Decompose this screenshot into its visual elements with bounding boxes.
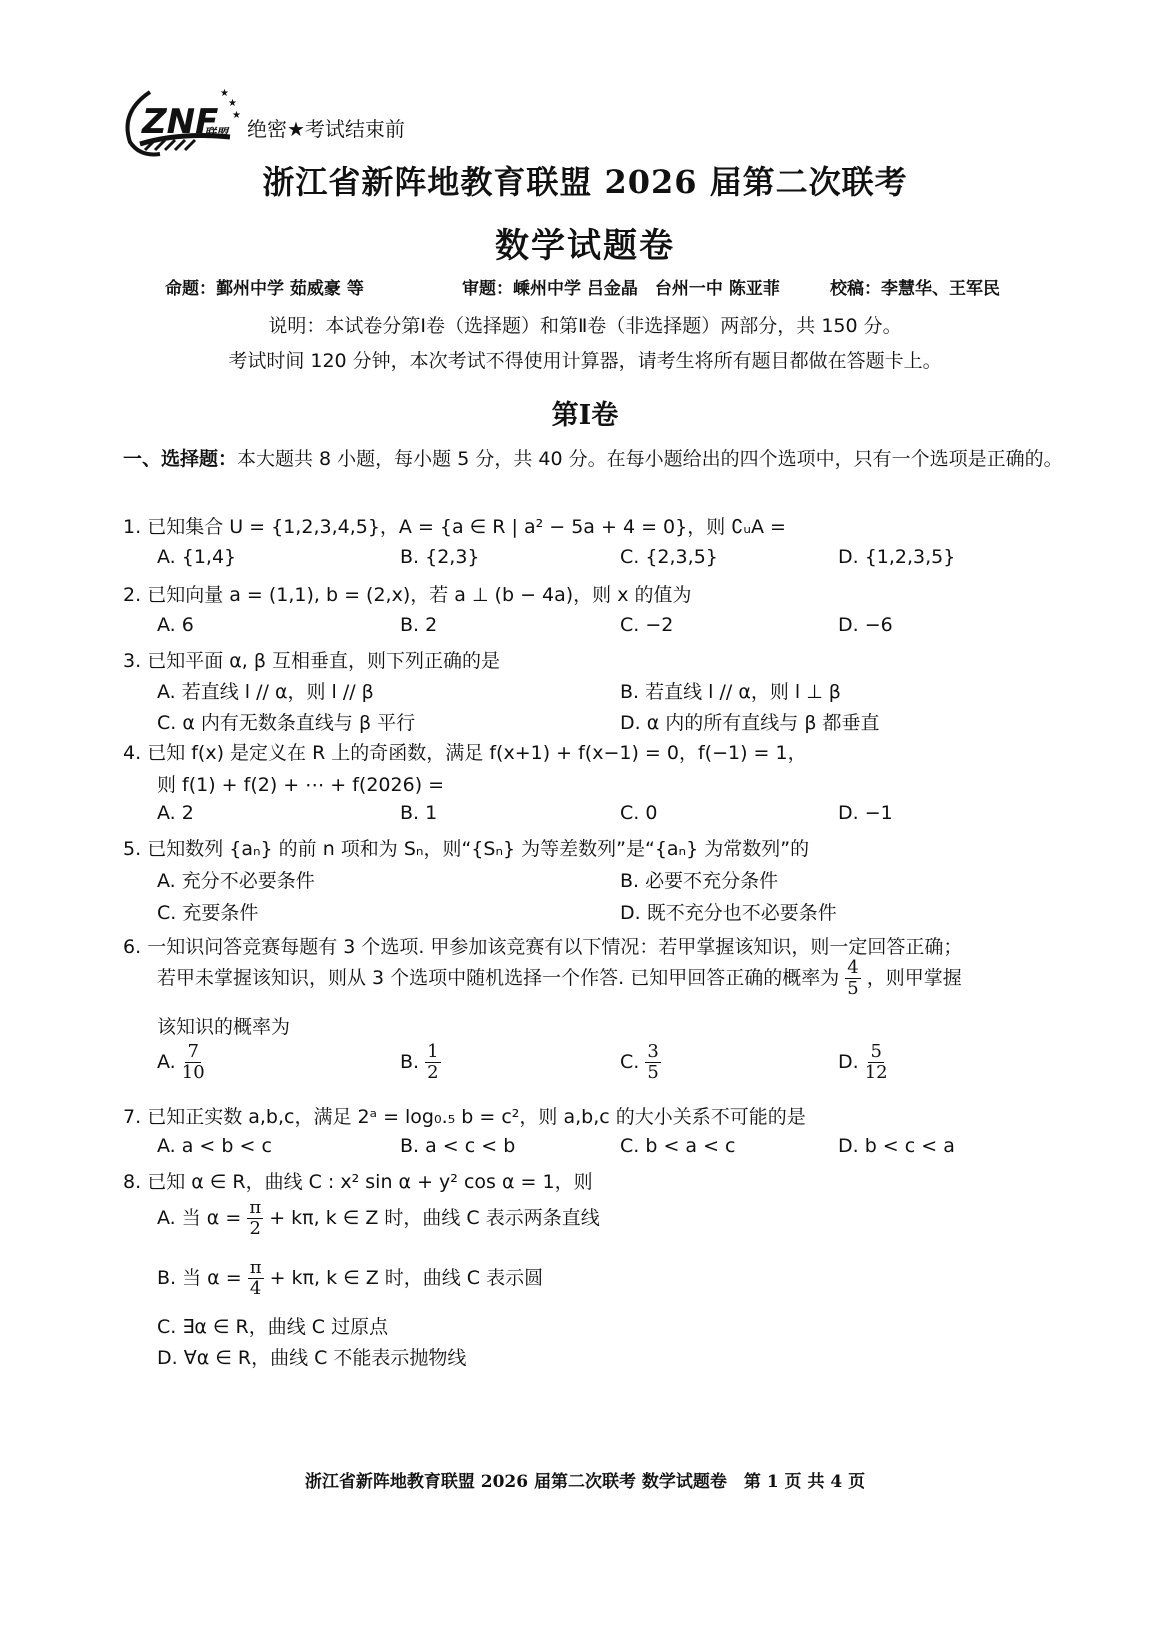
fraction-numerator: 5 bbox=[868, 1042, 883, 1063]
option-c[interactable]: C. 充要条件 bbox=[157, 898, 258, 925]
option-a[interactable]: A. 充分不必要条件 bbox=[157, 866, 315, 893]
option-b[interactable]: B. 2 bbox=[400, 614, 437, 636]
option-a[interactable]: A. {1,4} bbox=[157, 546, 236, 568]
question-4-stem-continued: 则 f(1) + f(2) + ⋯ + f(2026) = bbox=[157, 770, 444, 797]
exam-note-1: 说明：本试卷分第Ⅰ卷（选择题）和第Ⅱ卷（非选择题）两部分，共 150 分。 bbox=[0, 311, 1170, 338]
option-label: B. bbox=[157, 1267, 176, 1289]
option-c[interactable]: C. b < a < c bbox=[620, 1135, 736, 1157]
question-6: 6. 一知识问答竞赛每题有 3 个选项. 甲参加该竞赛有以下情况：若甲掌握该知识… bbox=[123, 932, 962, 959]
exam-note-2: 考试时间 120 分钟，本次考试不得使用计算器，请考生将所有题目都做在答题卡上。 bbox=[0, 346, 1170, 373]
option-a[interactable]: A. 2 bbox=[157, 802, 194, 824]
option-label: C. bbox=[157, 1316, 176, 1338]
znf-alliance-logo: ★ ★ ★ ZNF 联盟 bbox=[120, 82, 240, 162]
fraction-denominator: 5 bbox=[847, 979, 858, 999]
question-number: 7. bbox=[123, 1106, 141, 1128]
option-d[interactable]: D. 既不充分也不必要条件 bbox=[620, 898, 837, 925]
question-6-stem-line2: 若甲未掌握该知识，则从 3 个选项中随机选择一个作答. 已知甲回答正确的概率为 … bbox=[157, 958, 962, 999]
question-number: 4. bbox=[123, 742, 141, 764]
fraction-denominator: 5 bbox=[647, 1063, 658, 1083]
question-stem: 已知数列 {aₙ} 的前 n 项和为 Sₙ，则“{Sₙ} 为等差数列”是“{aₙ… bbox=[147, 838, 809, 860]
question-8: 8. 已知 α ∈ R，曲线 C : x² sin α + y² cos α =… bbox=[123, 1167, 593, 1194]
question-number: 6. bbox=[123, 936, 141, 958]
question-5: 5. 已知数列 {aₙ} 的前 n 项和为 Sₙ，则“{Sₙ} 为等差数列”是“… bbox=[123, 834, 809, 861]
question-stem: 一知识问答竞赛每题有 3 个选项. 甲参加该竞赛有以下情况：若甲掌握该知识，则一… bbox=[147, 936, 962, 958]
fraction-numerator: π bbox=[248, 1258, 264, 1279]
question-number: 2. bbox=[123, 584, 141, 606]
question-stem: 已知集合 U = {1,2,3,4,5}，A = {a ∈ R | a² − 5… bbox=[147, 516, 786, 538]
option-b[interactable]: B. a < c < b bbox=[400, 1135, 515, 1157]
option-a[interactable]: A. 710 bbox=[157, 1042, 205, 1083]
logo-badge: 联盟 bbox=[204, 124, 228, 141]
option-b[interactable]: B. 若直线 l // α，则 l ⊥ β bbox=[620, 677, 841, 704]
question-stem: 已知平面 α, β 互相垂直，则下列正确的是 bbox=[147, 650, 500, 672]
question-3: 3. 已知平面 α, β 互相垂直，则下列正确的是 bbox=[123, 646, 500, 673]
question-number: 1. bbox=[123, 516, 141, 538]
option-c[interactable]: C. α 内有无数条直线与 β 平行 bbox=[157, 708, 415, 735]
option-text: + kπ, k ∈ Z 时，曲线 C 表示圆 bbox=[270, 1267, 544, 1289]
option-a[interactable]: A. 6 bbox=[157, 614, 194, 636]
exam-title: 浙江省新阵地教育联盟 2026 届第二次联考 bbox=[0, 157, 1170, 203]
section-text: 本大题共 8 小题，每小题 5 分，共 40 分。在每小题给出的四个选项中，只有… bbox=[237, 448, 1063, 470]
option-a[interactable]: A. 若直线 l // α，则 l // β bbox=[157, 677, 374, 704]
option-text: 当 α = bbox=[182, 1267, 242, 1289]
svg-text:★: ★ bbox=[228, 98, 237, 109]
option-label: A. bbox=[157, 1051, 176, 1073]
fraction-numerator: 1 bbox=[425, 1042, 440, 1063]
option-label: B. bbox=[400, 1051, 419, 1073]
question-number: 5. bbox=[123, 838, 141, 860]
option-d[interactable]: D. −6 bbox=[838, 614, 893, 636]
fraction-denominator: 2 bbox=[427, 1063, 438, 1083]
option-label: D. bbox=[838, 1051, 859, 1073]
exam-subtitle: 数学试题卷 bbox=[0, 218, 1170, 267]
question-stem: 已知正实数 a,b,c，满足 2ᵃ = log₀.₅ b = c²，则 a,b,… bbox=[147, 1106, 806, 1128]
fraction-denominator: 10 bbox=[182, 1063, 205, 1083]
option-label: D. bbox=[157, 1347, 178, 1369]
question-2: 2. 已知向量 a = (1,1), b = (2,x)，若 a ⊥ (b − … bbox=[123, 580, 692, 607]
option-c[interactable]: C. ∃α ∈ R，曲线 C 过原点 bbox=[157, 1312, 388, 1339]
fraction-numerator: 7 bbox=[185, 1042, 200, 1063]
option-d[interactable]: D. b < c < a bbox=[838, 1135, 955, 1157]
question-number: 8. bbox=[123, 1171, 141, 1193]
section-instructions: 一、选择题：本大题共 8 小题，每小题 5 分，共 40 分。在每小题给出的四个… bbox=[123, 443, 1073, 476]
author-credit: 命题：鄞州中学 茹威豪 等 bbox=[165, 274, 364, 299]
question-7: 7. 已知正实数 a,b,c，满足 2ᵃ = log₀.₅ b = c²，则 a… bbox=[123, 1102, 806, 1129]
option-text: 当 α = bbox=[182, 1207, 242, 1229]
option-b[interactable]: B. 1 bbox=[400, 802, 437, 824]
option-d[interactable]: D. −1 bbox=[838, 802, 893, 824]
option-a[interactable]: A. a < b < c bbox=[157, 1135, 272, 1157]
volume-title: 第Ⅰ卷 bbox=[0, 393, 1170, 432]
option-c[interactable]: C. 35 bbox=[620, 1042, 661, 1083]
fraction-numerator: 3 bbox=[645, 1042, 660, 1063]
option-d[interactable]: D. α 内的所有直线与 β 都垂直 bbox=[620, 708, 879, 735]
question-stem: 已知 f(x) 是定义在 R 上的奇函数，满足 f(x+1) + f(x−1) … bbox=[147, 742, 806, 764]
svg-text:★: ★ bbox=[232, 110, 240, 121]
fraction-4-5: 45 bbox=[845, 958, 860, 999]
option-label: C. bbox=[620, 1051, 639, 1073]
option-d[interactable]: D. {1,2,3,5} bbox=[838, 546, 955, 568]
option-text: ∀α ∈ R，曲线 C 不能表示抛物线 bbox=[184, 1347, 467, 1369]
option-d[interactable]: D. 512 bbox=[838, 1042, 888, 1083]
option-b[interactable]: B. 当 α = π4 + kπ, k ∈ Z 时，曲线 C 表示圆 bbox=[157, 1258, 543, 1299]
option-c[interactable]: C. −2 bbox=[620, 614, 673, 636]
stem-text: ，则甲掌握 bbox=[867, 967, 962, 989]
option-label: A. bbox=[157, 1207, 176, 1229]
option-text: ∃α ∈ R，曲线 C 过原点 bbox=[182, 1316, 388, 1338]
fraction-denominator: 12 bbox=[865, 1063, 888, 1083]
option-a[interactable]: A. 当 α = π2 + kπ, k ∈ Z 时，曲线 C 表示两条直线 bbox=[157, 1198, 600, 1239]
option-b[interactable]: B. 必要不充分条件 bbox=[620, 866, 778, 893]
proofreader-credit: 校稿：李慧华、王军民 bbox=[830, 274, 1000, 299]
question-number: 3. bbox=[123, 650, 141, 672]
fraction-denominator: 4 bbox=[250, 1279, 261, 1299]
reviewer-credit: 审题：嵊州中学 吕金晶 台州一中 陈亚菲 bbox=[462, 274, 780, 299]
question-stem: 已知 α ∈ R，曲线 C : x² sin α + y² cos α = 1，… bbox=[147, 1171, 592, 1193]
option-d[interactable]: D. ∀α ∈ R，曲线 C 不能表示抛物线 bbox=[157, 1343, 466, 1370]
question-stem: 已知向量 a = (1,1), b = (2,x)，若 a ⊥ (b − 4a)… bbox=[147, 584, 691, 606]
option-text: + kπ, k ∈ Z 时，曲线 C 表示两条直线 bbox=[269, 1207, 600, 1229]
fraction-numerator: π bbox=[247, 1198, 263, 1219]
page-footer: 浙江省新阵地教育联盟 2026 届第二次联考 数学试题卷 第 1 页 共 4 页 bbox=[0, 1467, 1170, 1492]
option-b[interactable]: B. 12 bbox=[400, 1042, 441, 1083]
question-6-stem-line3: 该知识的概率为 bbox=[157, 1012, 290, 1039]
option-b[interactable]: B. {2,3} bbox=[400, 546, 480, 568]
fraction-numerator: 4 bbox=[845, 958, 860, 979]
confidential-label: 绝密★考试结束前 bbox=[247, 113, 405, 142]
stem-text: 若甲未掌握该知识，则从 3 个选项中随机选择一个作答. 已知甲回答正确的概率为 bbox=[157, 967, 839, 989]
option-c[interactable]: C. 0 bbox=[620, 802, 657, 824]
section-label: 一、选择题： bbox=[123, 448, 237, 470]
option-c[interactable]: C. {2,3,5} bbox=[620, 546, 718, 568]
question-4: 4. 已知 f(x) 是定义在 R 上的奇函数，满足 f(x+1) + f(x−… bbox=[123, 738, 807, 765]
question-1: 1. 已知集合 U = {1,2,3,4,5}，A = {a ∈ R | a² … bbox=[123, 512, 786, 539]
fraction-denominator: 2 bbox=[250, 1219, 261, 1239]
